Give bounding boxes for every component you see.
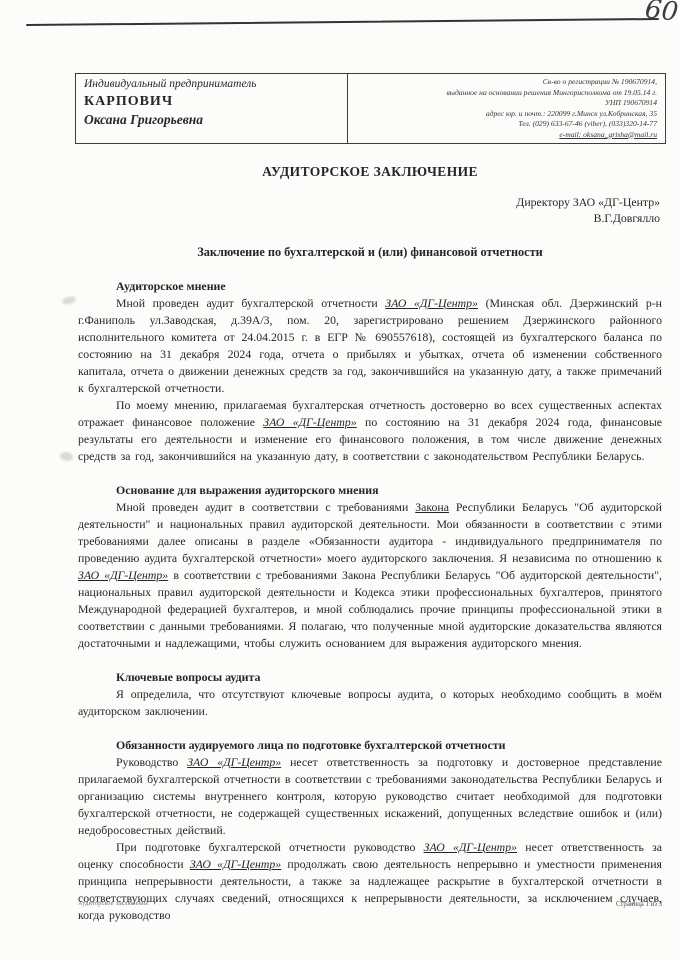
letterhead-right-cell: Св-во о регистрации № 190670914, выданно… (348, 74, 666, 144)
phone-numbers: Тел. (029) 633-67-46 (viber), (033)320-1… (356, 119, 657, 130)
registration-certificate: Св-во о регистрации № 190670914, (356, 77, 657, 88)
entrepreneur-given-names: Оксана Григорьевна (84, 111, 339, 129)
scan-artifact (61, 295, 76, 305)
addressee-position: Директору ЗАО «ДГ-Центр» (78, 194, 660, 210)
paragraph: Мной проведен аудит бухгалтерской отчетн… (78, 295, 662, 397)
unp-number: УНП 190670914 (356, 98, 657, 109)
letterhead-box: Индивидуальный предприниматель КАРПОВИЧ … (75, 73, 666, 144)
paragraph: Я определила, что отсутствуют ключевые в… (78, 686, 662, 720)
addressee-block: Директору ЗАО «ДГ-Центр» В.Г.Довгялло (78, 194, 660, 226)
scan-edge-line (26, 18, 659, 26)
footer-document-label: Аудиторское заключение (78, 901, 149, 907)
scanned-page: 60 Индивидуальный предприниматель КАРПОВ… (0, 0, 679, 960)
document-title: АУДИТОРСКОЕ ЗАКЛЮЧЕНИЕ (78, 163, 662, 180)
addressee-name: В.Г.Довгялло (78, 210, 660, 226)
section-heading-management-responsibilities: Обязанности аудируемого лица по подготов… (116, 737, 662, 754)
paragraph: Руководство ЗАО «ДГ-Центр» несет ответст… (78, 754, 662, 839)
handwritten-page-number: 60 (644, 0, 679, 28)
letterhead-left-cell: Индивидуальный предприниматель КАРПОВИЧ … (76, 74, 348, 144)
paragraph: По моему мнению, прилагаемая бухгалтерск… (78, 397, 662, 465)
document-subtitle: Заключение по бухгалтерской и (или) фина… (78, 244, 662, 261)
section-heading-basis-for-opinion: Основание для выражения аудиторского мне… (116, 482, 662, 499)
footer-page-number: Страница 1 из 3 (616, 901, 662, 908)
email-address: e-mail: oksana_grisha@mail.ru (356, 130, 657, 141)
registration-basis: выданное на основании решения Мингориспо… (356, 88, 657, 99)
section-heading-key-audit-matters: Ключевые вопросы аудита (116, 669, 662, 686)
postal-address: адрес юр. и почт.: 220099 г.Минск ул.Коб… (356, 109, 657, 120)
entrepreneur-type-label: Индивидуальный предприниматель (84, 77, 339, 92)
paragraph: При подготовке бухгалтерской отчетности … (78, 839, 662, 924)
scan-artifact (59, 451, 73, 462)
paragraph: Мной проведен аудит в соответствии с тре… (78, 499, 662, 652)
document-body: АУДИТОРСКОЕ ЗАКЛЮЧЕНИЕ Директору ЗАО «ДГ… (78, 163, 662, 924)
entrepreneur-surname: КАРПОВИЧ (84, 92, 339, 111)
page-footer: Аудиторское заключение Страница 1 из 3 (78, 901, 662, 908)
section-heading-audit-opinion: Аудиторское мнение (116, 278, 662, 295)
